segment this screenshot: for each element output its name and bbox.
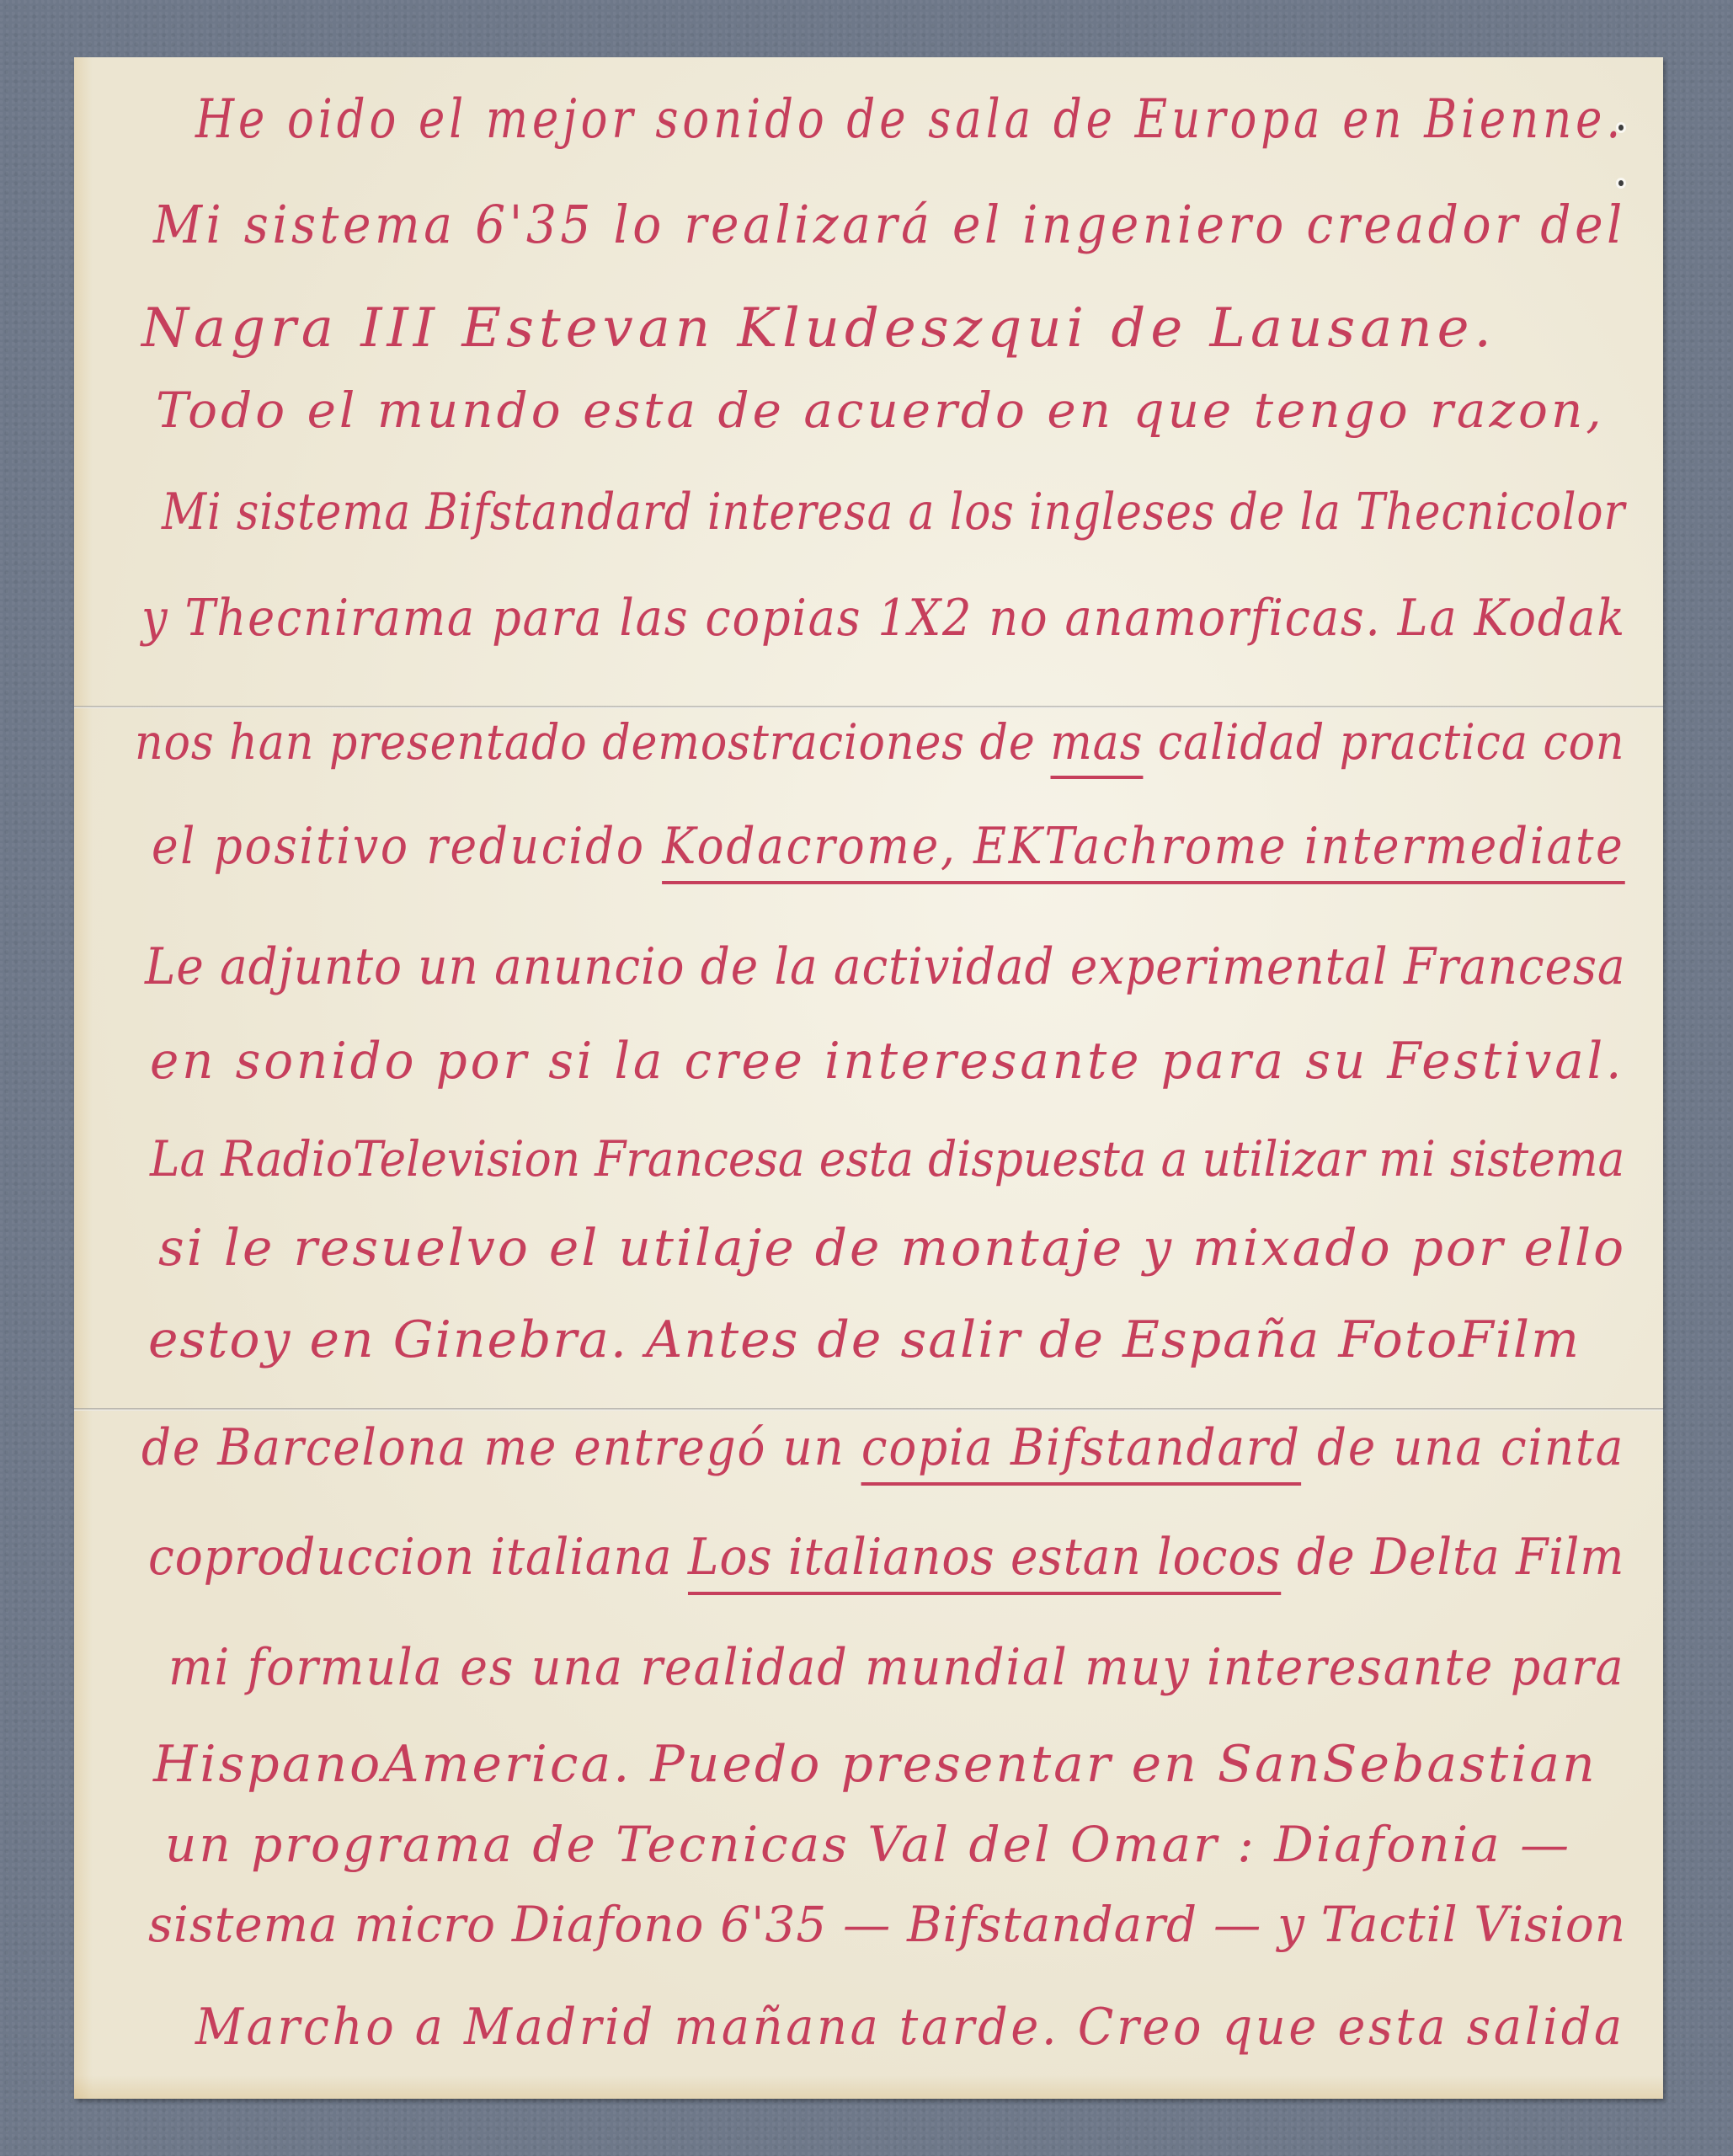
letter-line: HispanoAmerica. Puedo presentar en SanSe… [153, 1739, 1597, 1790]
letter-line: Le adjunto un anuncio de la actividad ex… [145, 942, 1626, 992]
letter-line: sistema micro Diafono 6'35 — Bifstandard… [148, 1900, 1626, 1949]
pin-hole-icon [1618, 180, 1624, 186]
line-text: de Barcelona me entregó un [141, 1418, 861, 1477]
letter-line: y Thecnirama para las copias 1X2 no anam… [141, 593, 1626, 643]
letter-line: Mi sistema Bifstandard interesa a los in… [162, 487, 1625, 537]
letter-line: mi formula es una realidad mundial muy i… [168, 1642, 1625, 1693]
letter-line: un programa de Tecnicas Val del Omar : D… [165, 1820, 1571, 1869]
letter-line: de Barcelona me entregó un copia Bifstan… [141, 1422, 1624, 1473]
line-text: calidad practica con [1143, 713, 1624, 771]
fold-line-top [74, 706, 1663, 708]
line-text: coproduccion italiana [148, 1528, 688, 1587]
letter-line: Nagra III Estevan Kludeszqui de Lausane. [141, 302, 1496, 355]
letter-line: La RadioTelevision Francesa esta dispues… [150, 1134, 1624, 1183]
underlined-text: Los italianos estan locos [688, 1528, 1282, 1595]
underlined-text: Kodacrome, EKTachrome intermediate [662, 817, 1624, 884]
letter-line: si le resuelvo el utilaje de montaje y m… [158, 1223, 1626, 1273]
letter-line: nos han presentado demostraciones de mas… [135, 718, 1624, 766]
line-text: nos han presentado demostraciones de [135, 713, 1050, 771]
line-text: el positivo reducido [152, 817, 662, 876]
underlined-text: copia Bifstandard [861, 1418, 1301, 1486]
letter-line: Mi sistema 6'35 lo realizará el ingenier… [153, 199, 1626, 251]
line-text: de una cinta [1301, 1418, 1624, 1477]
line-text: de Delta Film [1282, 1528, 1625, 1587]
letter-line: estoy en Ginebra. Antes de salir de Espa… [148, 1315, 1581, 1365]
letter-line: coproduccion italiana Los italianos esta… [148, 1532, 1624, 1582]
letter-line: en sonido por si la cree interesante par… [150, 1036, 1624, 1086]
letter-line: Marcho a Madrid mañana tarde. Creo que e… [195, 2002, 1625, 2052]
letter-line: Todo el mundo esta de acuerdo en que ten… [156, 386, 1605, 435]
letter-line: el positivo reducido Kodacrome, EKTachro… [152, 821, 1624, 872]
fold-line-bottom [74, 1408, 1663, 1411]
underlined-text: mas [1050, 713, 1143, 779]
letter-line: He oido el mejor sonido de sala de Europ… [195, 93, 1624, 147]
